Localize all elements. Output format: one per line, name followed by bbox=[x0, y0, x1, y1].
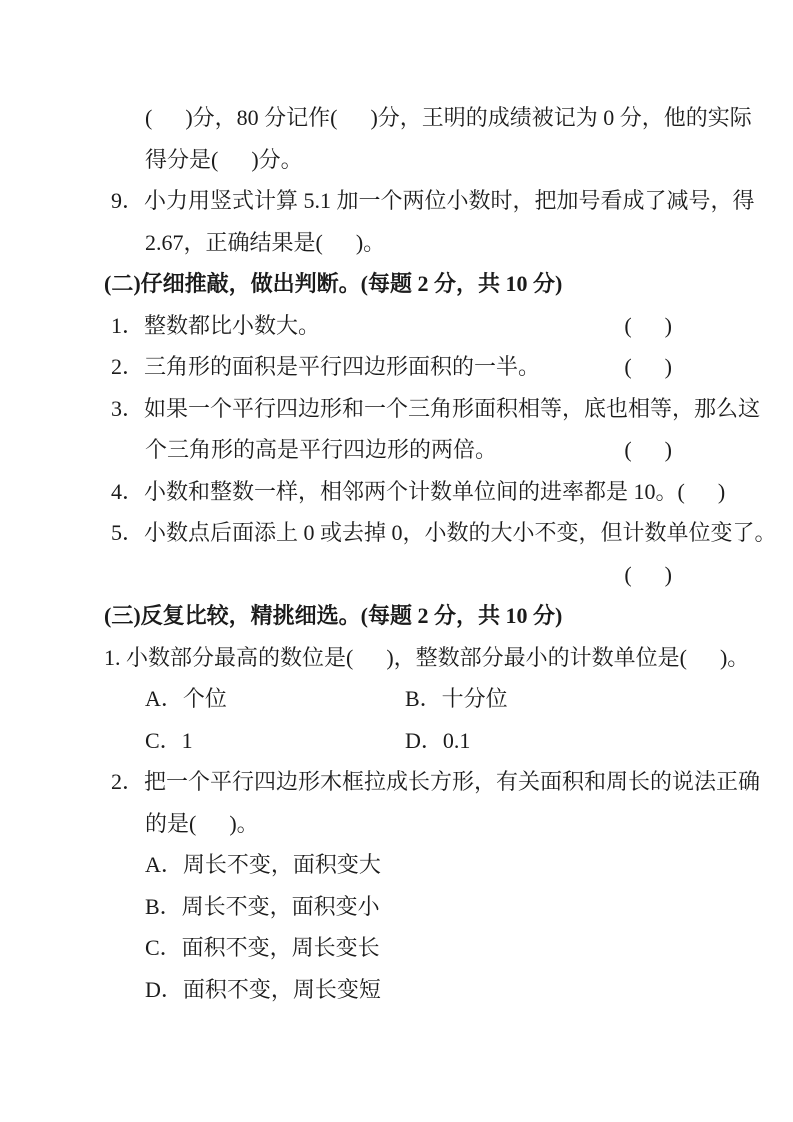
choice-question-2-option-d: D．面积不变，周长变短 bbox=[0, 969, 793, 1011]
choice-question-1-option-c: C．1 bbox=[145, 720, 405, 762]
choice-question-2-option-a: A．周长不变，面积变大 bbox=[0, 844, 793, 886]
choice-question-1-option-b: B．十分位 bbox=[405, 686, 508, 711]
judgment-item-4-text: 4．小数和整数一样，相邻两个计数单位间的进率都是 10。 bbox=[111, 471, 678, 513]
judgment-item-3-answer-bracket: ( ) bbox=[624, 429, 672, 471]
choice-question-1-options-row-1: A．个位B．十分位 bbox=[0, 678, 793, 720]
question-8-continuation-line-1: ( )分，80 分记作( )分，王明的成绩被记为 0 分，他的实际 bbox=[0, 97, 793, 139]
question-9-line-2: 2.67，正确结果是( )。 bbox=[0, 222, 793, 264]
judgment-item-1-text: 1．整数都比小数大。 bbox=[111, 305, 320, 347]
section-2-title: (二)仔细推敲，做出判断。(每题 2 分，共 10 分) bbox=[0, 263, 793, 305]
choice-question-1-option-d: D．0.1 bbox=[405, 728, 470, 753]
section-3-title: (三)反复比较，精挑细选。(每题 2 分，共 10 分) bbox=[0, 595, 793, 637]
judgment-item-2: 2．三角形的面积是平行四边形面积的一半。 ( ) bbox=[0, 346, 793, 388]
judgment-item-5-answer-bracket: ( ) bbox=[0, 554, 793, 596]
choice-question-1-option-a: A．个位 bbox=[145, 678, 405, 720]
judgment-item-1-answer-bracket: ( ) bbox=[624, 305, 672, 347]
judgment-item-3-line-2: 个三角形的高是平行四边形的两倍。 ( ) bbox=[0, 429, 793, 471]
choice-question-1-options-row-2: C．1D．0.1 bbox=[0, 720, 793, 762]
choice-question-2-line-1: 2．把一个平行四边形木框拉成长方形，有关面积和周长的说法正确 bbox=[0, 761, 793, 803]
judgment-item-3-text: 个三角形的高是平行四边形的两倍。 bbox=[145, 429, 497, 471]
question-8-continuation-line-2: 得分是( )分。 bbox=[0, 139, 793, 181]
judgment-item-4: 4．小数和整数一样，相邻两个计数单位间的进率都是 10。 ( ) bbox=[0, 471, 793, 513]
exam-content: ( )分，80 分记作( )分，王明的成绩被记为 0 分，他的实际 得分是( )… bbox=[0, 97, 793, 1010]
exam-page: ( )分，80 分记作( )分，王明的成绩被记为 0 分，他的实际 得分是( )… bbox=[0, 0, 793, 1122]
choice-question-2-option-b: B．周长不变，面积变小 bbox=[0, 886, 793, 928]
judgment-item-3-line-1: 3．如果一个平行四边形和一个三角形面积相等，底也相等，那么这 bbox=[0, 388, 793, 430]
judgment-item-5-line-1: 5．小数点后面添上 0 或去掉 0，小数的大小不变，但计数单位变了。 bbox=[0, 512, 793, 554]
judgment-item-1: 1．整数都比小数大。 ( ) bbox=[0, 305, 793, 347]
judgment-item-4-answer-bracket: ( ) bbox=[678, 471, 726, 513]
choice-question-2-option-c: C．面积不变，周长变长 bbox=[0, 927, 793, 969]
judgment-item-2-text: 2．三角形的面积是平行四边形面积的一半。 bbox=[111, 346, 540, 388]
choice-question-1-text: 1. 小数部分最高的数位是( )，整数部分最小的计数单位是( )。 bbox=[0, 637, 793, 679]
choice-question-2-line-2: 的是( )。 bbox=[0, 803, 793, 845]
judgment-item-2-answer-bracket: ( ) bbox=[624, 346, 672, 388]
question-9-line-1: 9．小力用竖式计算 5.1 加一个两位小数时，把加号看成了减号，得 bbox=[0, 180, 793, 222]
